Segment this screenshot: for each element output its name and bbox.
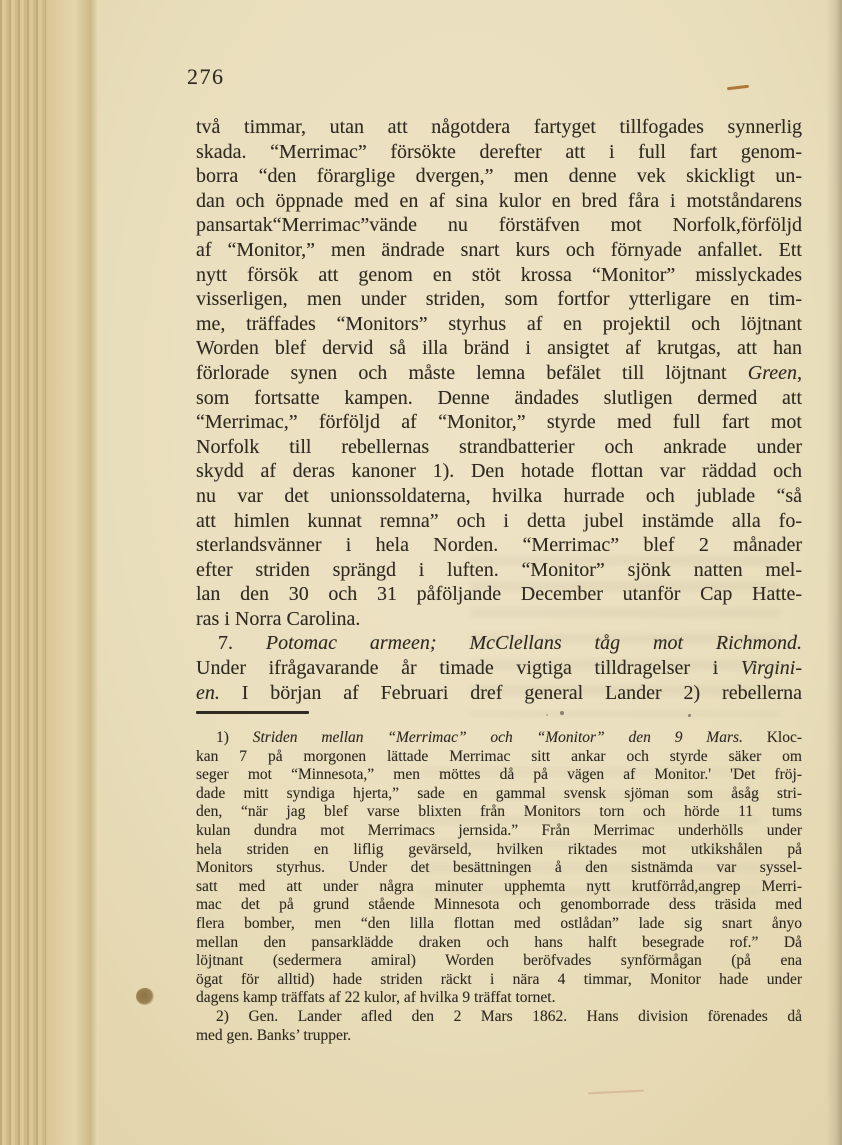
paper-stain [136, 988, 154, 1005]
text-segment: hela striden en liflig gevärseld, hvilke… [196, 841, 802, 858]
text-line: skada. “Merrimac” försökte derefter att … [196, 140, 802, 165]
text-line: Under ifrågavarande år timade vigtiga ti… [196, 656, 802, 681]
text-segment: pansartak“Merrimac”vände nu förstäfven m… [196, 214, 802, 236]
text-segment: skydd af deras kanoner 1). Den hotade fl… [196, 460, 802, 482]
text-segment: Worden blef dervid så illa bränd i ansig… [196, 337, 802, 359]
paper-speck [688, 714, 691, 717]
text-segment: ras i Norra Carolina. [196, 608, 360, 630]
text-segment: efter striden sprängd i luften. “Monitor… [196, 559, 802, 581]
text-line: mac det på grund stående Minnesota och g… [196, 896, 802, 915]
footnote-separator-rule [196, 711, 309, 714]
text-segment: Under ifrågavarande år timade vigtiga ti… [196, 657, 741, 679]
text-line: flera bomber, men “den lilla flottan med… [196, 915, 802, 934]
text-line: 2) Gen. Lander afled den 2 Mars 1862. Ha… [196, 1008, 802, 1027]
text-segment: nu var det unionssoldaterna, hvilka hurr… [196, 485, 802, 507]
text-segment: lan den 30 och 31 påföljande December ut… [196, 583, 802, 605]
text-line: kan 7 på morgonen lättade Merrimac sitt … [196, 748, 802, 767]
text-segment: flera bomber, men “den lilla flottan med… [196, 915, 802, 932]
text-segment: nytt försök att genom en stöt krossa “Mo… [196, 264, 802, 286]
text-line: ögat för alltid) hade striden räckt i nä… [196, 971, 802, 990]
text-line: borra “den förarglige dvergen,” men denn… [196, 164, 802, 189]
text-line: af “Monitor,” men ändrade snart kurs och… [196, 238, 802, 263]
text-segment: sterlandsvänner i hela Norden. “Merrimac… [196, 534, 802, 556]
text-line: seger mot “Minnesota,” men möttes då på … [196, 766, 802, 785]
text-segment: seger mot “Minnesota,” men möttes då på … [196, 766, 802, 783]
text-segment: skada. “Merrimac” försökte derefter att … [196, 141, 802, 163]
text-segment: I början af Februari dref general Lander… [220, 682, 802, 704]
text-segment: “Merrimac,” förföljd af “Monitor,” styrd… [196, 411, 802, 433]
text-line: 7. Potomac armeen; McClellans tåg mot Ri… [196, 631, 802, 656]
text-segment: Monitors styrhus. Under det besättningen… [196, 859, 802, 876]
text-line: förlorade synen och måste lemna befälet … [196, 361, 802, 386]
text-segment: dan och öppnade med en af sina kulor en … [196, 190, 802, 212]
text-segment: mellan den pansarklädde draken och hans … [196, 934, 802, 951]
text-line: efter striden sprängd i luften. “Monitor… [196, 558, 802, 583]
text-line: sterlandsvänner i hela Norden. “Merrimac… [196, 533, 802, 558]
page-number: 276 [187, 64, 225, 90]
text-line: “Merrimac,” förföljd af “Monitor,” styrd… [196, 410, 802, 435]
text-segment: 7. [218, 632, 266, 654]
text-segment: borra “den förarglige dvergen,” men denn… [196, 165, 802, 187]
text-segment: dade mitt syndiga hjerta,” sade en gamma… [196, 785, 802, 802]
text-segment: kan 7 på morgonen lättade Merrimac sitt … [196, 748, 802, 765]
text-segment: den, “när jag blef varse blixten från Mo… [196, 803, 802, 820]
text-line: dagens kamp träffats af 22 kulor, af hvi… [196, 989, 802, 1008]
text-segment: dagens kamp träffats af 22 kulor, af hvi… [196, 989, 556, 1006]
text-segment: mac det på grund stående Minnesota och g… [196, 896, 802, 913]
text-line: Monitors styrhus. Under det besättningen… [196, 859, 802, 878]
text-segment: Norfolk till rebellernas strandbatterier… [196, 436, 802, 458]
text-segment: förlorade synen och måste lemna befälet … [196, 362, 748, 384]
text-line: kulan dundra mot Merrimacs jernsida.” Fr… [196, 822, 802, 841]
text-line: pansartak“Merrimac”vände nu förstäfven m… [196, 213, 802, 238]
text-line: mellan den pansarklädde draken och hans … [196, 934, 802, 953]
text-segment: en. [196, 682, 220, 704]
text-line: satt med att under några minuter upphemt… [196, 878, 802, 897]
text-segment: kulan dundra mot Merrimacs jernsida.” Fr… [196, 822, 802, 839]
text-line: me, träffades “Monitors” styrhus af en p… [196, 312, 802, 337]
text-line: att himlen kunnat remna” och i detta jub… [196, 509, 802, 534]
text-line: Norfolk till rebellernas strandbatterier… [196, 435, 802, 460]
page-right-edge-shadow [826, 0, 842, 1145]
text-segment: visserligen, men under striden, som fort… [196, 288, 802, 310]
text-segment: 2) Gen. Lander afled den 2 Mars 1862. Ha… [216, 1008, 802, 1025]
text-line: skydd af deras kanoner 1). Den hotade fl… [196, 459, 802, 484]
text-segment: Virgini- [741, 657, 802, 679]
text-line: lan den 30 och 31 påföljande December ut… [196, 582, 802, 607]
main-text-block: två timmar, utan att någotdera fartyget … [196, 115, 802, 705]
text-line: en. I början af Februari dref general La… [196, 681, 802, 706]
text-line: dade mitt syndiga hjerta,” sade en gamma… [196, 785, 802, 804]
text-segment: två timmar, utan att någotdera fartyget … [196, 116, 802, 138]
text-segment: me, träffades “Monitors” styrhus af en p… [196, 313, 802, 335]
paper-speck [560, 711, 564, 715]
text-segment: Green, [748, 362, 802, 384]
text-line: hela striden en liflig gevärseld, hvilke… [196, 841, 802, 860]
text-segment: löjtnant (sedermera amiral) Worden beröf… [196, 952, 802, 969]
text-segment: 1) [216, 729, 253, 746]
text-line: visserligen, men under striden, som fort… [196, 287, 802, 312]
text-line: med gen. Banks’ trupper. [196, 1027, 802, 1046]
book-binding-edge [0, 0, 98, 1145]
text-line: Worden blef dervid så illa bränd i ansig… [196, 336, 802, 361]
text-segment: af “Monitor,” men ändrade snart kurs och… [196, 239, 802, 261]
text-line: den, “när jag blef varse blixten från Mo… [196, 803, 802, 822]
text-segment: satt med att under några minuter upphemt… [196, 878, 802, 895]
text-segment: med gen. Banks’ trupper. [196, 1027, 351, 1044]
text-line: som fortsatte kampen. Denne ändades slut… [196, 386, 802, 411]
text-line: ras i Norra Carolina. [196, 607, 802, 632]
text-line: dan och öppnade med en af sina kulor en … [196, 189, 802, 214]
book-page: 276 två timmar, utan att någotdera farty… [0, 0, 842, 1145]
text-line: nu var det unionssoldaterna, hvilka hurr… [196, 484, 802, 509]
paper-scratch [588, 1090, 644, 1095]
text-segment: Potomac armeen; McClellans tåg mot Richm… [266, 632, 802, 654]
text-line: nytt försök att genom en stöt krossa “Mo… [196, 263, 802, 288]
pen-mark-dash [727, 85, 749, 91]
paper-speck [546, 714, 548, 716]
text-segment: att himlen kunnat remna” och i detta jub… [196, 510, 802, 532]
text-line: 1) Striden mellan “Merrimac” och “Monito… [196, 729, 802, 748]
text-segment: Striden mellan “Merrimac” och “Monitor” … [253, 729, 743, 746]
text-line: två timmar, utan att någotdera fartyget … [196, 115, 802, 140]
text-line: löjtnant (sedermera amiral) Worden beröf… [196, 952, 802, 971]
text-segment: Kloc- [743, 729, 802, 746]
text-segment: ögat för alltid) hade striden räckt i nä… [196, 971, 802, 988]
footnote-block: 1) Striden mellan “Merrimac” och “Monito… [196, 729, 802, 1045]
text-segment: som fortsatte kampen. Denne ändades slut… [196, 387, 802, 409]
